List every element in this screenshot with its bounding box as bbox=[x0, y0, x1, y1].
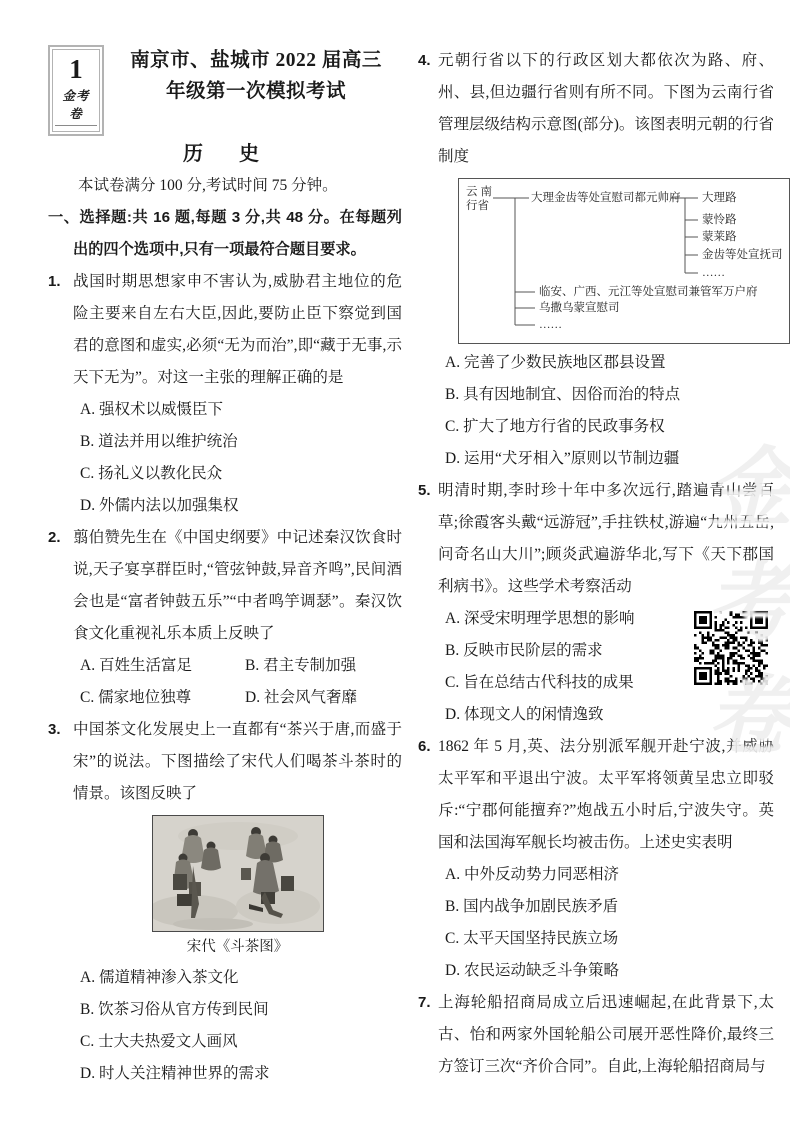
subject-title: 历 史 bbox=[48, 138, 402, 170]
issue-badge-inner: 1 金考卷 bbox=[52, 49, 100, 132]
question-3-options: A. 儒道精神渗入茶文化 B. 饮茶习俗从官方传到民间 C. 士大夫热爱文人画风… bbox=[80, 962, 402, 1090]
question-1-stem: 战国时期思想家申不害认为,威胁君主地位的危险主要来自左右大臣,因此,要防止臣下察… bbox=[73, 266, 402, 394]
two-column-layout: 1 金考卷 南京市、盐城市 2022 届高三 年级第一次模拟考试 历 史 本试卷… bbox=[0, 0, 790, 1090]
exam-header: 1 金考卷 南京市、盐城市 2022 届高三 年级第一次模拟考试 bbox=[48, 45, 402, 136]
option-b: B. 饮茶习俗从官方传到民间 bbox=[80, 994, 402, 1026]
option-b: B. 道法并用以维护统治 bbox=[80, 426, 402, 458]
question-2-options: A. 百姓生活富足 B. 君主专制加强 C. 儒家地位独尊 D. 社会风气奢靡 bbox=[80, 650, 402, 714]
exam-title-line1: 南京市、盐城市 2022 届高三 bbox=[110, 45, 402, 76]
douchatu-painting-image bbox=[152, 815, 324, 932]
option-a: A. 百姓生活富足 bbox=[80, 650, 245, 682]
option-a: A. 完善了少数民族地区郡县设置 bbox=[445, 347, 774, 379]
chart-node-root: 云南行省 bbox=[466, 185, 492, 213]
issue-number: 1 bbox=[55, 54, 97, 84]
question-1-number: 1. bbox=[48, 266, 61, 298]
chart-node-l2-0: 大理路 bbox=[702, 191, 737, 205]
option-d: D. 外儒内法以加强集权 bbox=[80, 490, 402, 522]
exam-paper-page: 金考卷 1 金考卷 南京市、盐城市 2022 届高三 年级第一次模拟考试 历 史… bbox=[0, 0, 790, 1122]
chart-node-l2-4: …… bbox=[702, 266, 725, 280]
question-1-options: A. 强权术以威慑臣下 B. 道法并用以维护统治 C. 扬礼义以教化民众 D. … bbox=[80, 394, 402, 522]
section-heading: 一、选择题:共 16 题,每题 3 分,共 48 分。在每题列出的四个选项中,只… bbox=[48, 202, 402, 266]
brand-label: 金考卷 bbox=[55, 84, 97, 126]
option-b: B. 国内战争加剧民族矛盾 bbox=[445, 891, 774, 923]
question-7-stem: 上海轮船招商局成立后迅速崛起,在此背景下,太古、怡和两家外国轮船公司展开恶性降价… bbox=[438, 987, 774, 1083]
question-7-number: 7. bbox=[418, 987, 431, 1019]
painting-illustration bbox=[153, 816, 323, 931]
option-c: C. 扬礼义以教化民众 bbox=[80, 458, 402, 490]
question-3-figure: 宋代《斗茶图》 bbox=[152, 815, 324, 962]
option-d: D. 时人关注精神世界的需求 bbox=[80, 1058, 402, 1090]
option-a: A. 中外反动势力同恶相济 bbox=[445, 859, 774, 891]
exam-note: 本试卷满分 100 分,考试时间 75 分钟。 bbox=[78, 170, 402, 202]
right-column: 4. 元朝行省以下的行政区划大都依次为路、府、州、县,但边疆行省则有所不同。下图… bbox=[418, 45, 774, 1090]
question-4: 4. 元朝行省以下的行政区划大都依次为路、府、州、县,但边疆行省则有所不同。下图… bbox=[418, 45, 774, 475]
question-1: 1. 战国时期思想家申不害认为,威胁君主地位的危险主要来自左右大臣,因此,要防止… bbox=[48, 266, 402, 522]
option-c: C. 太平天国坚持民族立场 bbox=[445, 923, 774, 955]
exam-title: 南京市、盐城市 2022 届高三 年级第一次模拟考试 bbox=[104, 45, 402, 107]
question-6-number: 6. bbox=[418, 731, 431, 763]
chart-node-l2-1: 蒙怜路 bbox=[702, 213, 737, 227]
exam-title-line2: 年级第一次模拟考试 bbox=[110, 76, 402, 107]
chart-node-l1-3: …… bbox=[539, 318, 562, 332]
question-6: 6. 1862 年 5 月,英、法分别派军舰开赴宁波,并威胁太平军和平退出宁波。… bbox=[418, 731, 774, 987]
option-c: C. 儒家地位独尊 bbox=[80, 682, 245, 714]
question-4-options: A. 完善了少数民族地区郡县设置 B. 具有因地制宜、因俗而治的特点 C. 扩大… bbox=[445, 347, 774, 475]
question-2-number: 2. bbox=[48, 522, 61, 554]
question-3-number: 3. bbox=[48, 714, 61, 746]
chart-node-l1-0: 大理金齿等处宣慰司都元帅府 bbox=[531, 191, 681, 205]
issue-badge: 1 金考卷 bbox=[48, 45, 104, 136]
question-5-options: A. 深受宋明理学思想的影响 B. 反映市民阶层的需求 C. 旨在总结古代科技的… bbox=[445, 603, 774, 731]
chart-node-l1-1: 临安、广西、元江等处宣慰司兼管军万户府 bbox=[539, 285, 758, 299]
option-b: B. 君主专制加强 bbox=[245, 650, 402, 682]
option-c: C. 扩大了地方行省的民政事务权 bbox=[445, 411, 774, 443]
question-5-stem: 明清时期,李时珍十年中多次远行,踏遍青山尝百草;徐霞客头戴“远游冠”,手拄铁杖,… bbox=[438, 475, 774, 603]
option-d: D. 运用“犬牙相入”原则以节制边疆 bbox=[445, 443, 774, 475]
painting-caption: 宋代《斗茶图》 bbox=[152, 932, 324, 962]
option-b: B. 具有因地制宜、因俗而治的特点 bbox=[445, 379, 774, 411]
qr-code bbox=[694, 611, 768, 685]
question-3-stem: 中国茶文化发展史上一直都有“茶兴于唐,而盛于宋”的说法。下图描绘了宋代人们喝茶斗… bbox=[73, 714, 402, 810]
question-5: 5. 明清时期,李时珍十年中多次远行,踏遍青山尝百草;徐霞客头戴“远游冠”,手拄… bbox=[418, 475, 774, 731]
left-column: 1 金考卷 南京市、盐城市 2022 届高三 年级第一次模拟考试 历 史 本试卷… bbox=[48, 45, 402, 1090]
option-d: D. 农民运动缺乏斗争策略 bbox=[445, 955, 774, 987]
chart-node-l2-2: 蒙莱路 bbox=[702, 230, 737, 244]
question-6-stem: 1862 年 5 月,英、法分别派军舰开赴宁波,并威胁太平军和平退出宁波。太平军… bbox=[438, 731, 774, 859]
question-2: 2. 翦伯赞先生在《中国史纲要》中记述秦汉饮食时说,天子宴享群臣时,“管弦钟鼓,… bbox=[48, 522, 402, 714]
question-5-number: 5. bbox=[418, 475, 431, 507]
chart-node-l2-3: 金齿等处宣抚司 bbox=[702, 248, 783, 262]
question-4-stem: 元朝行省以下的行政区划大都依次为路、府、州、县,但边疆行省则有所不同。下图为云南… bbox=[438, 45, 774, 173]
option-a: A. 儒道精神渗入茶文化 bbox=[80, 962, 402, 994]
question-2-stem: 翦伯赞先生在《中国史纲要》中记述秦汉饮食时说,天子宴享群臣时,“管弦钟鼓,异音齐… bbox=[73, 522, 402, 650]
question-3: 3. 中国茶文化发展史上一直都有“茶兴于唐,而盛于宋”的说法。下图描绘了宋代人们… bbox=[48, 714, 402, 1090]
option-d: D. 社会风气奢靡 bbox=[245, 682, 402, 714]
chart-node-l1-2: 乌撒乌蒙宣慰司 bbox=[539, 301, 620, 315]
option-d: D. 体现文人的闲情逸致 bbox=[445, 699, 774, 731]
question-4-number: 4. bbox=[418, 45, 431, 77]
question-7: 7. 上海轮船招商局成立后迅速崛起,在此背景下,太古、怡和两家外国轮船公司展开恶… bbox=[418, 987, 774, 1083]
yunnan-province-org-chart: 云南行省 大理金齿等处宣慰司都元帅府 临安、广西、元江等处宣慰司兼管军万户府 乌… bbox=[458, 178, 790, 344]
option-c: C. 士大夫热爱文人画风 bbox=[80, 1026, 402, 1058]
option-a: A. 强权术以威慑臣下 bbox=[80, 394, 402, 426]
question-6-options: A. 中外反动势力同恶相济 B. 国内战争加剧民族矛盾 C. 太平天国坚持民族立… bbox=[445, 859, 774, 987]
